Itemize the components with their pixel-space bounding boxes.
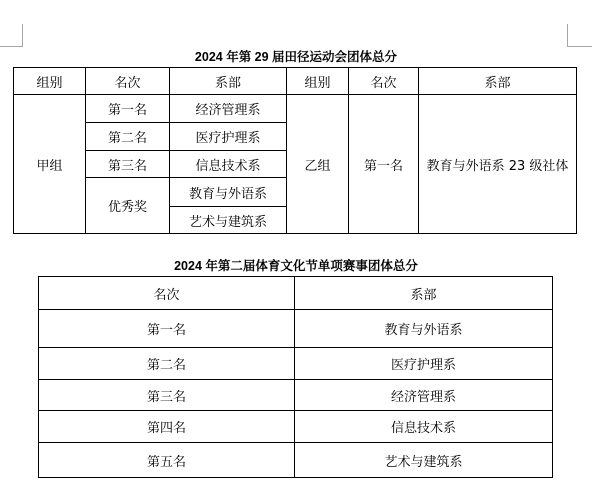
header-rank: 名次 [349, 68, 419, 95]
dept-cell: 经济管理系 [295, 380, 553, 411]
dept-cell: 医疗护理系 [295, 348, 553, 380]
header-dept: 系部 [419, 68, 577, 95]
table-row: 第三名 经济管理系 [39, 380, 553, 411]
header-dept: 系部 [170, 68, 287, 95]
group-a-cell: 甲组 [14, 95, 86, 234]
dept-cell: 经济管理系 [170, 95, 287, 123]
rank-cell: 第二名 [86, 123, 170, 151]
table-header-row: 名次 系部 [39, 277, 553, 310]
table-header-row: 组别 名次 系部 组别 名次 系部 [14, 68, 577, 95]
header-group: 组别 [287, 68, 349, 95]
dept-cell: 教育与外语系 [170, 178, 287, 207]
track-field-score-table: 组别 名次 系部 组别 名次 系部 甲组 第一名 经济管理系 乙组 第一名 教育… [13, 67, 577, 234]
dept-cell: 信息技术系 [170, 151, 287, 178]
group-b-dept-cell: 教育与外语系 23 级社体 [419, 95, 577, 234]
dept-cell: 医疗护理系 [170, 123, 287, 151]
rank-cell: 第二名 [39, 348, 295, 380]
table-row: 第二名 医疗护理系 [39, 348, 553, 380]
table-row: 第一名 教育与外语系 [39, 310, 553, 348]
rank-cell: 第三名 [39, 380, 295, 411]
group-b-cell: 乙组 [287, 95, 349, 234]
table-row: 第四名 信息技术系 [39, 411, 553, 443]
table2-title: 2024 年第二届体育文化节单项赛事团体总分 [0, 258, 592, 274]
rank-cell: 第一名 [39, 310, 295, 348]
table1-title: 2024 年第 29 届田径运动会团体总分 [0, 49, 592, 65]
crop-mark-left-vertical [22, 24, 23, 47]
culture-festival-score-table: 名次 系部 第一名 教育与外语系 第二名 医疗护理系 第三名 经济管理系 第四名… [38, 276, 553, 478]
crop-mark-right-horizontal [567, 46, 592, 47]
group-b-rank-cell: 第一名 [349, 95, 419, 234]
crop-mark-left-horizontal [0, 46, 23, 47]
header-group: 组别 [14, 68, 86, 95]
header-rank: 名次 [86, 68, 170, 95]
dept-cell: 信息技术系 [295, 411, 553, 443]
table-row: 甲组 第一名 经济管理系 乙组 第一名 教育与外语系 23 级社体 [14, 95, 577, 123]
rank-cell: 第一名 [86, 95, 170, 123]
excellent-award-cell: 优秀奖 [86, 178, 170, 234]
dept-cell: 教育与外语系 [295, 310, 553, 348]
table-row: 第五名 艺术与建筑系 [39, 443, 553, 478]
rank-cell: 第五名 [39, 443, 295, 478]
crop-mark-right-vertical [567, 24, 568, 47]
header-rank: 名次 [39, 277, 295, 310]
dept-cell: 艺术与建筑系 [170, 207, 287, 234]
dept-cell: 艺术与建筑系 [295, 443, 553, 478]
rank-cell: 第四名 [39, 411, 295, 443]
rank-cell: 第三名 [86, 151, 170, 178]
header-dept: 系部 [295, 277, 553, 310]
